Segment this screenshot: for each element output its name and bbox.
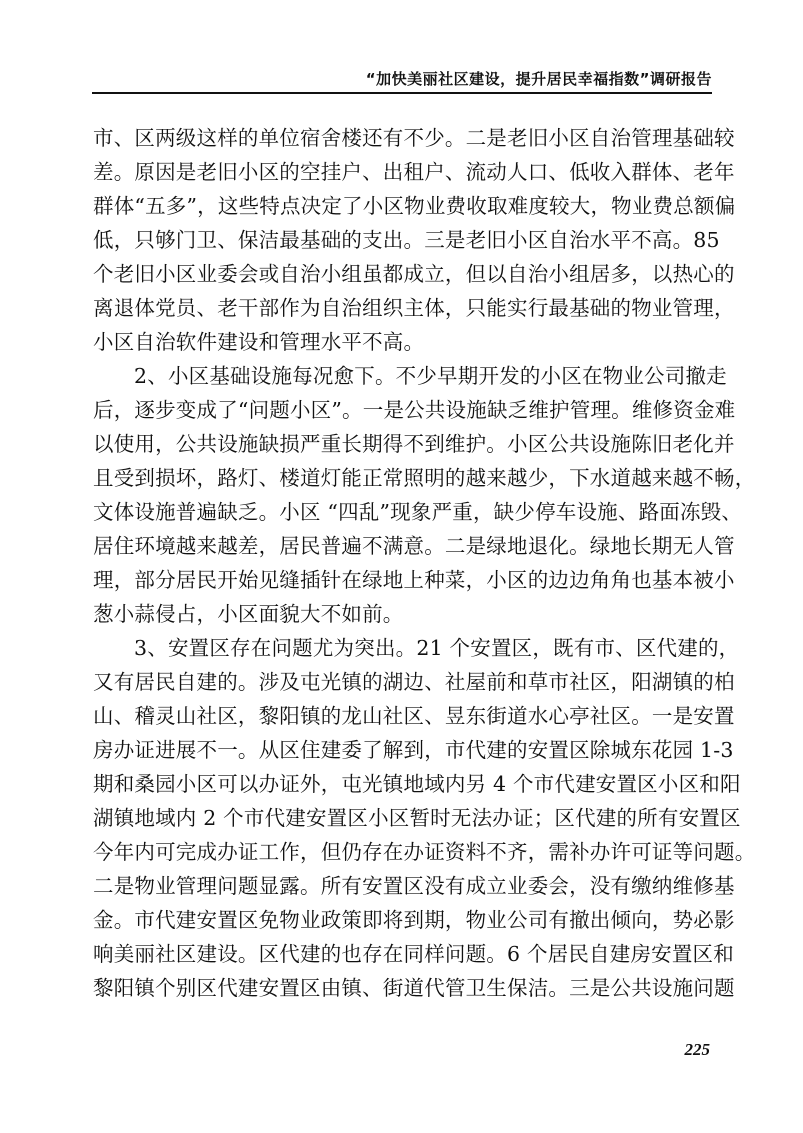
text-line: 居住环境越来越差，居民普遍不满意。二是绿地退化。绿地长期无人管 bbox=[93, 529, 710, 563]
text-line: 金。市代建安置区免物业政策即将到期，物业公司有撤出倾向，势必影 bbox=[93, 903, 710, 937]
text-line: 群体“五多”，这些特点决定了小区物业费收取难度较大，物业费总额偏 bbox=[93, 189, 710, 223]
paragraph-2: 2、小区基础设施每况愈下。不少早期开发的小区在物业公司撤走 后，逐步变成了“问题… bbox=[93, 359, 710, 631]
text-line: 响美丽社区建设。区代建的也存在同样问题。6 个居民自建房安置区和 bbox=[93, 937, 710, 971]
paragraph-3: 3、安置区存在问题尤为突出。21 个安置区，既有市、区代建的， 又有居民自建的。… bbox=[93, 631, 710, 1005]
paragraph-1: 市、区两级这样的单位宿舍楼还有不少。二是老旧小区自治管理基础较 差。原因是老旧小… bbox=[93, 121, 710, 359]
text-line: 又有居民自建的。涉及屯光镇的湖边、社屋前和草市社区，阳湖镇的柏 bbox=[93, 665, 710, 699]
text-line: 葱小蒜侵占，小区面貌大不如前。 bbox=[93, 597, 710, 631]
text-line: 今年内可完成办证工作，但仍存在办证资料不齐，需补办许可证等问题。 bbox=[93, 835, 710, 869]
text-line: 3、安置区存在问题尤为突出。21 个安置区，既有市、区代建的， bbox=[93, 631, 710, 665]
text-line: 2、小区基础设施每况愈下。不少早期开发的小区在物业公司撤走 bbox=[93, 359, 710, 393]
text-line: 低，只够门卫、保洁最基础的支出。三是老旧小区自治水平不高。85 bbox=[93, 223, 710, 257]
text-line: 个老旧小区业委会或自治小组虽都成立，但以自治小组居多，以热心的 bbox=[93, 257, 710, 291]
page-number: 225 bbox=[660, 1040, 710, 1060]
text-line: 小区自治软件建设和管理水平不高。 bbox=[93, 325, 710, 359]
text-line: 黎阳镇个别区代建安置区由镇、街道代管卫生保洁。三是公共设施问题 bbox=[93, 971, 710, 1005]
text-line: 期和桑园小区可以办证外，屯光镇地域内另 4 个市代建安置区小区和阳 bbox=[93, 767, 710, 801]
text-line: 理，部分居民开始见缝插针在绿地上种菜，小区的边边角角也基本被小 bbox=[93, 563, 710, 597]
text-line: 房办证进展不一。从区住建委了解到，市代建的安置区除城东花园 1-3 bbox=[93, 733, 710, 767]
text-line: 山、稽灵山社区，黎阳镇的龙山社区、昱东街道水心亭社区。一是安置 bbox=[93, 699, 710, 733]
text-line: 湖镇地域内 2 个市代建安置区小区暂时无法办证；区代建的所有安置区 bbox=[93, 801, 710, 835]
text-line: 市、区两级这样的单位宿舍楼还有不少。二是老旧小区自治管理基础较 bbox=[93, 121, 710, 155]
text-line: 二是物业管理问题显露。所有安置区没有成立业委会，没有缴纳维修基 bbox=[93, 869, 710, 903]
running-header: “加快美丽社区建设，提升居民幸福指数”调研报告 bbox=[92, 68, 712, 94]
body-text: 市、区两级这样的单位宿舍楼还有不少。二是老旧小区自治管理基础较 差。原因是老旧小… bbox=[93, 121, 710, 1005]
text-line: 以使用，公共设施缺损严重长期得不到维护。小区公共设施陈旧老化并 bbox=[93, 427, 710, 461]
running-title: “加快美丽社区建设，提升居民幸福指数”调研报告 bbox=[366, 70, 712, 88]
text-line: 文体设施普遍缺乏。小区 “四乱”现象严重，缺少停车设施、路面冻毁、 bbox=[93, 495, 710, 529]
text-line: 差。原因是老旧小区的空挂户、出租户、流动人口、低收入群体、老年 bbox=[93, 155, 710, 189]
text-line: 后，逐步变成了“问题小区”。一是公共设施缺乏维护管理。维修资金难 bbox=[93, 393, 710, 427]
text-line: 离退体党员、老干部作为自治组织主体，只能实行最基础的物业管理， bbox=[93, 291, 710, 325]
text-line: 且受到损坏，路灯、楼道灯能正常照明的越来越少，下水道越来越不畅， bbox=[93, 461, 710, 495]
